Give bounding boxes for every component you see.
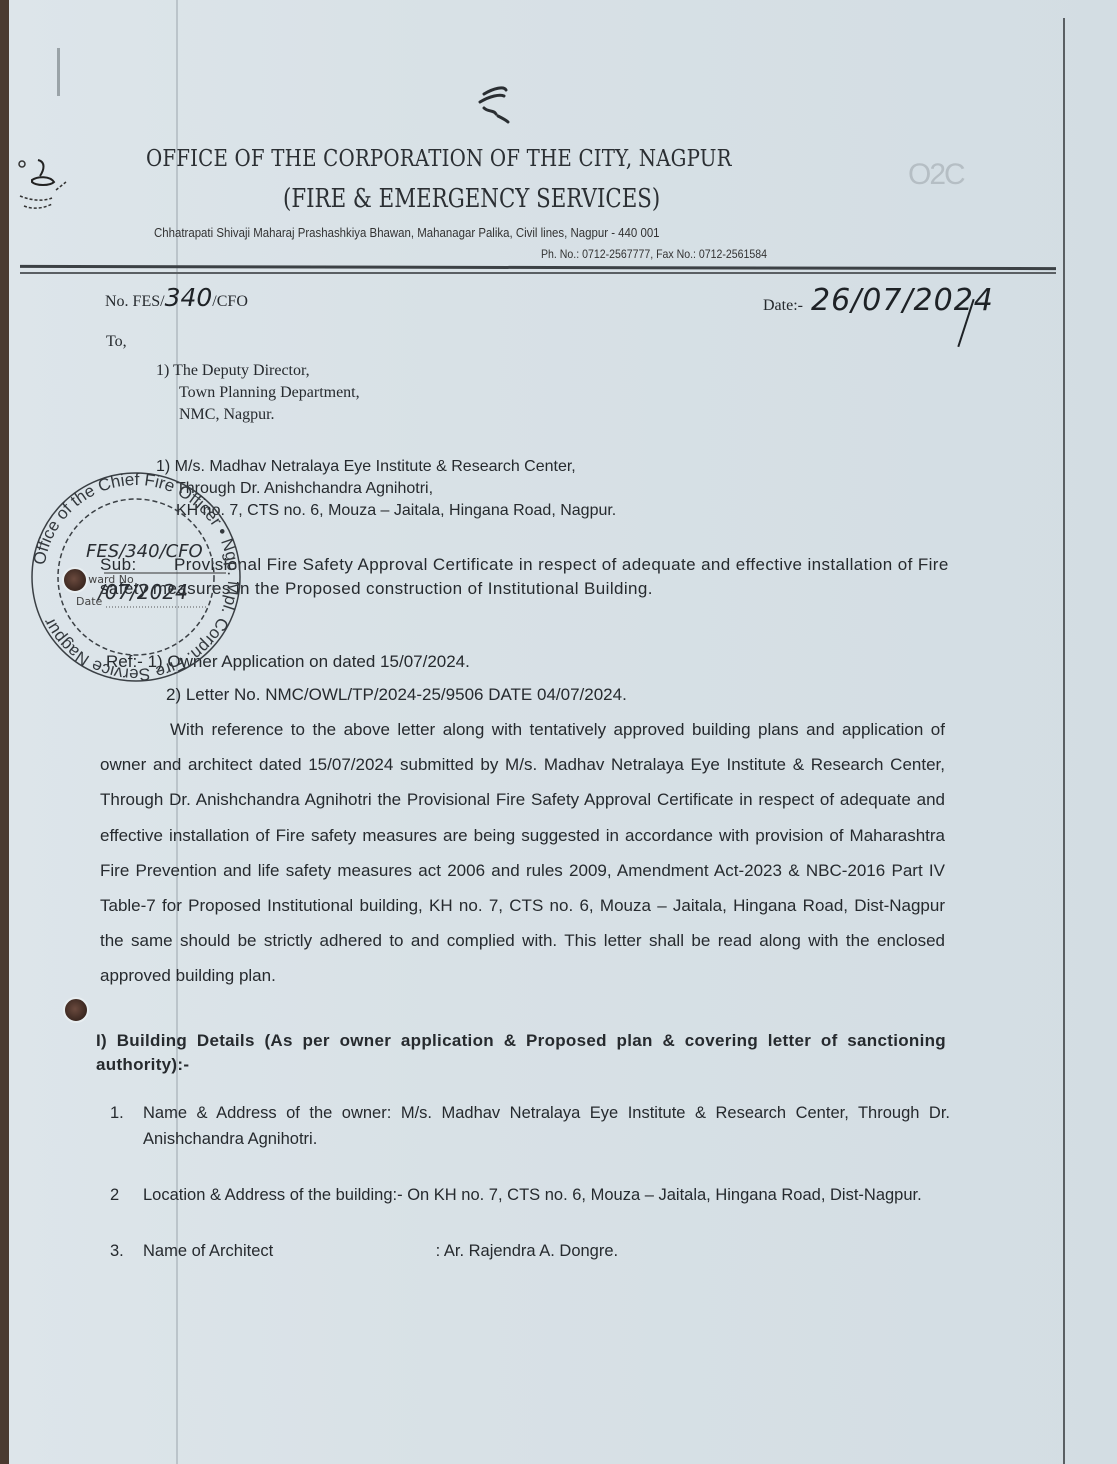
ref-prefix: No. FES/: [105, 293, 165, 310]
item-number: 2: [110, 1182, 119, 1208]
list-item: 1. Name & Address of the owner: M/s. Mad…: [110, 1100, 950, 1152]
punch-hole: [62, 567, 88, 593]
date-handwritten: 26/07/2024: [811, 283, 994, 318]
item-number: 3.: [110, 1238, 124, 1264]
header-divider-secondary: [20, 272, 1056, 274]
section-heading: I) Building Details (As per owner applic…: [96, 1029, 946, 1077]
letterhead-phone: Ph. No.: 0712-2567777, Fax No.: 0712-256…: [541, 247, 767, 261]
margin-line: [1063, 18, 1065, 1464]
date-label: Date:-: [763, 297, 803, 314]
building-details-list: 1. Name & Address of the owner: M/s. Mad…: [110, 1100, 950, 1294]
to-label: To,: [106, 333, 127, 351]
background-edge: [0, 0, 9, 1464]
item-value: On KH no. 7, CTS no. 6, Mouza – Jaitala,…: [407, 1186, 922, 1204]
recipient-1-line: NMC, Nagpur.: [156, 404, 360, 426]
recipient-1: 1) The Deputy Director, Town Planning De…: [156, 360, 360, 426]
handwritten-initial-icon: [470, 82, 518, 126]
svg-text:FES/340/CFO: FES/340/CFO: [86, 541, 203, 562]
body-paragraph: With reference to the above letter along…: [100, 712, 945, 994]
letterhead-address: Chhatrapati Shivaji Maharaj Prashashkiya…: [154, 225, 660, 240]
list-item: 2 Location & Address of the building:- O…: [110, 1182, 950, 1208]
corner-watermark: O2C: [908, 158, 964, 192]
ref-handwritten: 340: [165, 283, 213, 312]
letterhead-subtitle: (FIRE & EMERGENCY SERVICES): [283, 184, 660, 214]
list-item: 3. Name of Architect : Ar. Rajendra A. D…: [110, 1238, 950, 1264]
ref-suffix: /CFO: [212, 293, 248, 310]
pen-mark: [57, 48, 60, 96]
item-value: : Ar. Rajendra A. Dongre.: [436, 1242, 619, 1260]
item-label: Location & Address of the building:-: [143, 1186, 403, 1204]
item-label: Name of Architect: [143, 1238, 431, 1264]
recipient-1-line: 1) The Deputy Director,: [156, 360, 360, 382]
item-number: 1.: [110, 1100, 124, 1126]
punch-hole: [63, 997, 89, 1023]
recipient-1-line: Town Planning Department,: [156, 382, 360, 404]
letter-date: Date:-26/07/2024: [763, 283, 994, 318]
reference-number: No. FES/340/CFO: [105, 283, 248, 312]
letterhead-title: OFFICE OF THE CORPORATION OF THE CITY, N…: [146, 146, 751, 172]
nmc-emblem-icon: [16, 152, 76, 222]
item-label: Name & Address of the owner:: [143, 1104, 391, 1122]
svg-text:/07/2024: /07/2024: [96, 580, 188, 604]
office-stamp: Office of the Chief Fire Officer • Ngp. …: [26, 465, 246, 690]
